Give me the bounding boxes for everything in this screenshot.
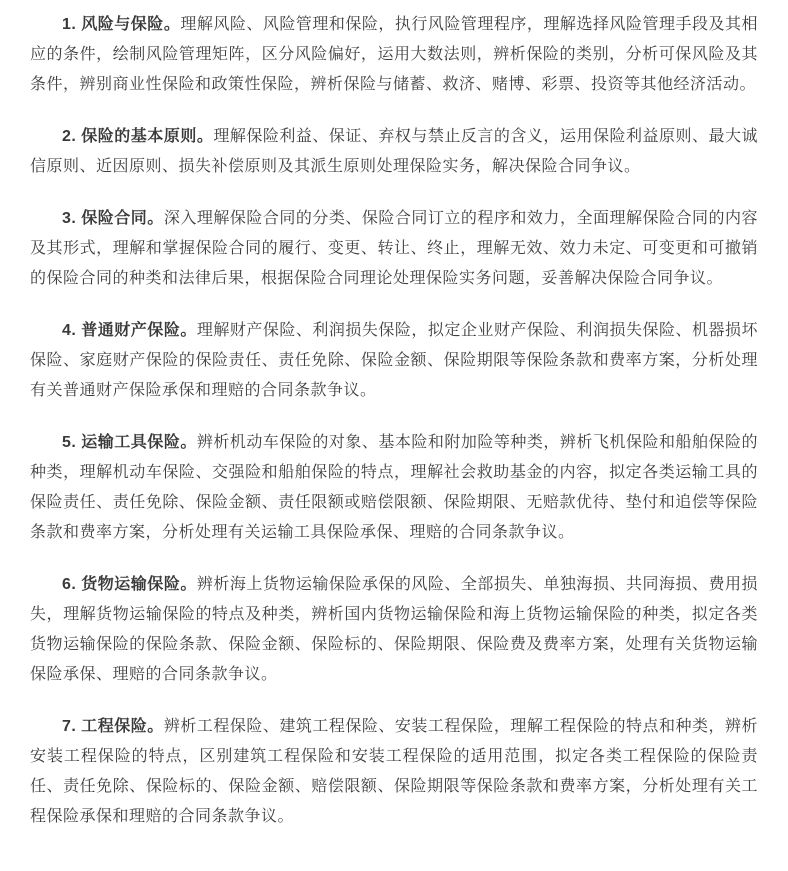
paragraph-1: 1. 风险与保险。理解风险、风险管理和保险，执行风险管理程序，理解选择风险管理手… xyxy=(30,10,758,100)
paragraph-5-heading: 5. 运输工具保险。 xyxy=(62,434,197,451)
paragraph-7-heading: 7. 工程保险。 xyxy=(62,718,164,735)
paragraph-6-heading: 6. 货物运输保险。 xyxy=(62,576,197,593)
paragraph-4: 4. 普通财产保险。理解财产保险、利润损失保险，拟定企业财产保险、利润损失保险、… xyxy=(30,316,758,406)
paragraph-2-heading: 2. 保险的基本原则。 xyxy=(62,128,213,145)
document-page: 1. 风险与保险。理解风险、风险管理和保险，执行风险管理程序，理解选择风险管理手… xyxy=(0,0,788,871)
paragraph-6: 6. 货物运输保险。辨析海上货物运输保险承保的风险、全部损失、单独海损、共同海损… xyxy=(30,570,758,690)
paragraph-7: 7. 工程保险。辨析工程保险、建筑工程保险、安装工程保险，理解工程保险的特点和种… xyxy=(30,712,758,832)
paragraph-1-heading: 1. 风险与保险。 xyxy=(62,16,180,33)
paragraph-3-heading: 3. 保险合同。 xyxy=(62,210,164,227)
paragraph-5: 5. 运输工具保险。辨析机动车保险的对象、基本险和附加险等种类，辨析飞机保险和船… xyxy=(30,428,758,548)
paragraph-2: 2. 保险的基本原则。理解保险利益、保证、弃权与禁止反言的含义，运用保险利益原则… xyxy=(30,122,758,182)
paragraph-3: 3. 保险合同。深入理解保险合同的分类、保险合同订立的程序和效力，全面理解保险合… xyxy=(30,204,758,294)
paragraph-4-heading: 4. 普通财产保险。 xyxy=(62,322,197,339)
